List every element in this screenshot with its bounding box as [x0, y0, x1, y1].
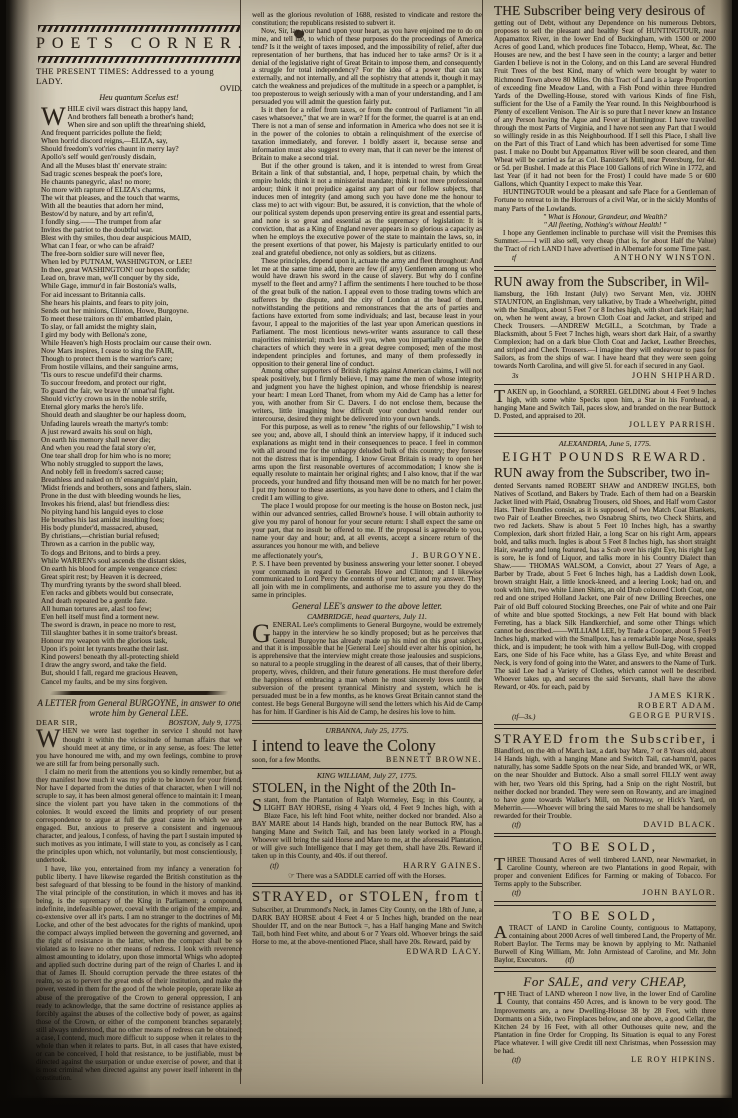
- huntingtour-headline: THE Subscriber being very desirous of: [494, 3, 716, 18]
- sale-body: THE Tract of LAND whereon I now live, in…: [494, 990, 716, 1055]
- leave-colony-headline: I intend to leave the Colony: [252, 737, 482, 755]
- john-shiphard-signature: JOHN SHIPHARD.: [632, 372, 716, 381]
- strayed-blandford-headline: STRAYED from the Subscriber, in: [494, 732, 716, 747]
- newspaper-page: POETS CORNER. THE PRESENT TIMES: Address…: [6, 0, 732, 1098]
- sold2-ref: (tf): [547, 956, 574, 964]
- sale-ref: (tf): [494, 1056, 521, 1064]
- strayed-blandford-ref: (tf): [494, 821, 521, 829]
- letter-postscript: P. S. I have been prevented by business …: [252, 561, 482, 601]
- letter-continued-paragraph: These principles, depend upon it, actuat…: [252, 258, 482, 369]
- to-be-sold-headline-2: TO BE SOLD,: [494, 909, 716, 924]
- sold1-body: THREE Thousand Acres of well timbered LA…: [494, 856, 716, 888]
- letter-continued-paragraph: But if the other ground is taken, and it…: [252, 163, 482, 258]
- edward-lacy-signature: EDWARD LACY.: [406, 948, 482, 957]
- george-purvis-signature: GEORGE PURVIS.: [629, 711, 716, 721]
- letter-continued-paragraph: For this purpose, as well as to renew "t…: [252, 424, 482, 503]
- letter-paragraph: I claim no merit from the attentions you…: [36, 768, 242, 865]
- lee-answer-body: GENERAL Lee's compliments to General Bur…: [252, 622, 482, 717]
- robert-adam-signature: ROBERT ADAM.: [629, 701, 716, 711]
- stolen-text: stant, from the Plantation of Ralph Worm…: [252, 796, 482, 859]
- ornament-rule-top: [38, 25, 240, 32]
- section-divider: [494, 384, 716, 385]
- saddle-note: ☞ There was a SADDLE carried off with th…: [252, 872, 482, 880]
- letter-continued-paragraph: Among other supporters of British rights…: [252, 368, 482, 423]
- reward-dateline: ALEXANDRIA, June 5, 1775.: [494, 440, 716, 449]
- harry-gaines-signature: HARRY GAINES.: [403, 862, 482, 871]
- burgoyne-letter-heading: A LETTER from General BURGOYNE, in answe…: [36, 698, 242, 718]
- poets-corner-masthead: POETS CORNER.: [36, 35, 242, 53]
- sale-dropcap: T: [494, 990, 507, 1006]
- reward-body: dented Servants named ROBERT SHAW and AN…: [494, 482, 716, 692]
- section-divider: [494, 433, 716, 438]
- letter-continued-paragraph: well as the glorious revolution of 1688,…: [252, 12, 482, 28]
- strayed-blandford-body: Blandford, on the 4th of March last, a d…: [494, 747, 716, 820]
- sold1-text: HREE Thousand Acres of well timbered LAN…: [494, 856, 716, 888]
- tapered-rule: [49, 691, 229, 695]
- sold2-body: ATRACT of LAND in Caroline County, conti…: [494, 924, 716, 964]
- section-divider: [494, 724, 716, 729]
- to-be-sold-headline: TO BE SOLD,: [494, 840, 716, 855]
- ornament-rule-bottom: [38, 56, 240, 63]
- runaway-body: liamsburg, the 16th Instant (July) two S…: [494, 290, 716, 371]
- lee-dropcap: G: [252, 622, 273, 644]
- runaway-ref: 3s: [494, 372, 518, 380]
- eight-pounds-reward-headline: EIGHT POUNDS REWARD.: [494, 450, 716, 465]
- huntingtour-ref: tf: [494, 254, 516, 262]
- sold1-dropcap: T: [494, 856, 507, 872]
- sold1-ref: (tf): [494, 889, 521, 897]
- letter-paragraph: I have, like you, entertained from my in…: [36, 865, 242, 1081]
- section-divider: [494, 266, 716, 271]
- letter-dropcap: W: [36, 727, 63, 749]
- taken-dropcap: T: [494, 388, 507, 404]
- strayed-stolen-body: Subscriber, at Drummond's Neck, in James…: [252, 907, 482, 947]
- strayed-stolen-headline: STRAYED, or STOLEN, from the: [252, 890, 482, 906]
- section-divider: [252, 720, 482, 725]
- sold2-dropcap: A: [494, 924, 509, 940]
- column-rule-right: [482, 0, 483, 1084]
- taken-up-body: TAKEN up, in Goochland, a SORREL GELDING…: [494, 388, 716, 420]
- section-divider: [494, 901, 716, 906]
- reward-ref: (tf—3s.): [494, 713, 535, 721]
- lee-answer-heading: General LEE's answer to the above letter…: [252, 602, 482, 612]
- poem-lines: HILE civil wars distract this happy land…: [41, 104, 211, 685]
- anthony-winston-signature: ANTHONY WINSTON.: [614, 254, 716, 263]
- runaway-headline: RUN away from the Subscriber, in Wil-: [494, 274, 716, 289]
- john-baylor-signature: JOHN BAYLOR.: [643, 889, 716, 898]
- leave-ad-dateline: URBANNA, July 25, 1775.: [252, 727, 482, 736]
- section-divider: [252, 883, 482, 888]
- left-column: POETS CORNER. THE PRESENT TIMES: Address…: [36, 24, 242, 1080]
- jolley-parrish-signature: JOLLEY PARRISH.: [629, 421, 716, 430]
- stolen-dropcap: S: [252, 797, 264, 813]
- david-black-signature: DAVID BLACK.: [643, 821, 716, 830]
- huntingtour-p3: I hope any Gentlemen inclinable to purch…: [494, 229, 716, 253]
- stolen-ad-body: Sstant, from the Plantation of Ralph Wor…: [252, 797, 482, 860]
- stolen-ad-dateline: KING WILLIAM, July 27, 1775.: [252, 772, 482, 781]
- bennett-browne-signature: BENNETT BROWNE.: [386, 756, 482, 765]
- letter-continued-paragraph: Is it then for a relief from taxes, or f…: [252, 107, 482, 162]
- taken-text: AKEN up, in Goochland, a SORREL GELDING …: [494, 388, 716, 420]
- poem-title: THE PRESENT TIMES: Addressed to a young …: [36, 67, 242, 86]
- sold2-text: TRACT of LAND in Caroline County, contig…: [494, 924, 716, 964]
- sale-text: HE Tract of LAND whereon I now live, in …: [494, 990, 716, 1054]
- poem-dropcap: W: [41, 105, 68, 127]
- section-divider: [494, 833, 716, 838]
- stolen-ad-ref: (tf): [252, 863, 279, 871]
- letter-paragraph: WHEN we were last together in service I …: [36, 727, 242, 767]
- le-roy-hipkins-signature: LE ROY HIPKINS.: [631, 1056, 716, 1065]
- letter-continued-paragraph: The place I would propose for our meetin…: [252, 503, 482, 551]
- poem-epigraph: Heu quantum Scelus est!: [36, 94, 242, 103]
- section-divider: [252, 768, 482, 769]
- huntingtour-p2: HUNTINGTOUR would be a pleasant and safe…: [494, 188, 716, 212]
- reward-signatures: JAMES KIRK. ROBERT ADAM. GEORGE PURVIS.: [629, 691, 716, 721]
- huntingtour-p1: getting out of Debt, without any Depende…: [494, 19, 716, 188]
- letter-continued-paragraph: Now, Sir, lay your hand upon your heart,…: [252, 28, 482, 107]
- lee-text: ENERAL Lee's compliments to General Burg…: [252, 621, 482, 716]
- for-sale-headline: For SALE, and very CHEAP,: [494, 975, 716, 990]
- stolen-headline: STOLEN, in the Night of the 20th In-: [252, 781, 482, 796]
- letter-p1: HEN we were last together in service I s…: [36, 727, 242, 767]
- middle-column: well as the glorious revolution of 1688,…: [252, 12, 482, 1082]
- james-kirk-signature: JAMES KIRK.: [629, 691, 716, 701]
- huntingtour-quote2: " All fleeting, Nothing's without Health…: [494, 221, 716, 229]
- section-divider: [494, 967, 716, 972]
- reward-subheadline: RUN away from the Subscriber, two in-: [494, 465, 716, 480]
- leave-ad-body: soon, for a few Months.: [252, 757, 321, 765]
- poem-body: WHILE civil wars distract this happy lan…: [36, 105, 242, 686]
- right-column: THE Subscriber being very desirous of ge…: [494, 2, 716, 1084]
